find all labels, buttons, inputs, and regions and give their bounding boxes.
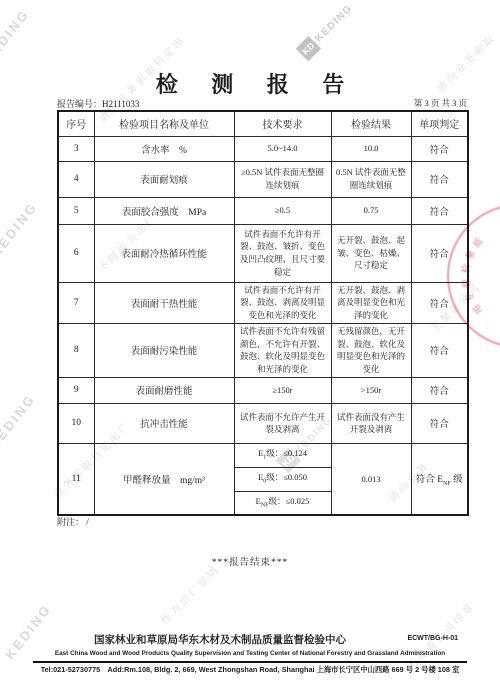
row-judgment: 符合 ENF 级 [411,443,468,515]
row-result: 0.75 [331,197,411,224]
limit-enf: ENF级：≤0.025 [234,491,331,515]
table-row: 7 表面耐干热性能 试件表面不允许有开裂、鼓泡、剥离及明显变色和光泽的变化 无开… [58,282,468,323]
row-result: >150r [331,377,411,403]
row-requirement: 试件表面不允许有开裂、鼓泡、皱折、变色及凹凸纹理、且尺寸要稳定 [234,224,331,282]
row-result: 0.013 [331,443,411,515]
col-header-item: 检验项目名称及单位 [94,111,234,136]
row-item: 甲醛释放量 mg/m³ [94,443,234,515]
watermark-keding: KEDING [0,199,40,260]
table-row: 8 表面耐污染性能 试件表面不允许有残留颜色，不允许有开裂、鼓泡、软化及明显变色… [58,323,468,377]
row-no: 6 [58,224,94,282]
row-no: 10 [58,403,94,443]
row-item: 含水率 % [94,136,234,161]
col-header-judgment: 单项判定 [411,111,468,136]
table-header-row: 序号 检验项目名称及单位 技术要求 检验结果 单项判定 [58,111,468,136]
row-judgment: 符合 [411,377,468,403]
row-result: 无残留颜色，无开裂、鼓泡、软化及明显变色和光泽的变化 [331,323,411,377]
row-result: 10.0 [331,136,411,161]
table-row-formaldehyde: 11 甲醛释放量 mg/m³ E1级：≤0.124 0.013 符合 ENF 级 [58,443,468,467]
row-no: 7 [58,282,94,323]
report-end-marker: ***报告结束*** [0,554,500,568]
row-item: 表面耐磨性能 [94,377,234,403]
row-judgment: 符合 [411,282,468,323]
watermark-keding: KEDING [0,391,38,452]
organization-name-en: East China Wood and Wood Products Qualit… [0,650,500,657]
report-number: 报告编号：H2111033 [57,97,139,110]
kd-logo-text: KEDING [313,2,355,44]
row-judgment: 符合 [411,403,468,443]
page-title: 检 测 报 告 [0,68,500,99]
report-page: KEDING KEDING KEDING KEDING 请向业务索取科定出 请向… [0,0,500,698]
row-requirement: ≥150r [234,377,331,403]
red-seal-char: 用 [470,302,486,317]
row-no: 3 [58,136,94,161]
watermark-phrase: 作为出厂证明 [157,561,223,627]
row-judgment: 符合 [411,224,468,282]
row-requirement: 试件表面不允许有开裂、鼓泡、剥离及明显变色和光泽的变化 [234,282,331,323]
row-result: 无开裂、鼓泡、剥离及明显变色和光泽的变化 [331,282,411,323]
row-result: 无开裂、鼓泡、起皱、变色、枯燥、尺寸稳定 [331,224,411,282]
footer-divider [33,661,467,663]
row-result: 试件表面没有产生开裂及剥离 [331,403,411,443]
row-no: 11 [58,443,94,515]
watermark-keding: KEDING [0,6,32,67]
table-row: 4 表面耐划痕 ≥0.5N 试件表面无整圈连续划痕 0.5N 试件表面无整圈连续… [58,161,468,197]
row-requirement: 试件表面不允许产生开裂及剥离 [234,403,331,443]
row-item: 表面耐污染性能 [94,323,234,377]
table-row: 6 表面耐冷热循环性能 试件表面不允许有开裂、鼓泡、皱折、变色及凹凸纹理、且尺寸… [58,224,468,282]
row-judgment: 符合 [411,136,468,161]
row-item: 表面胶合强度 MPa [94,197,234,224]
kd-diamond-icon: KD [296,36,321,61]
organization-name-cn: 国家林业和草原局华东木材及木制品质量监督检验中心 [0,632,440,647]
row-no: 8 [58,323,94,377]
row-judgment: 符合 [411,197,468,224]
table-row: 10 抗冲击性能 试件表面不允许产生开裂及剥离 试件表面没有产生开裂及剥离 符合 [58,403,468,443]
col-header-requirement: 技术要求 [234,111,331,136]
row-requirement: ≥0.5N 试件表面无整圈连续划痕 [234,161,331,197]
row-item: 表面耐冷热循环性能 [94,224,234,282]
table-row: 9 表面耐磨性能 ≥150r >150r 符合 [58,377,468,403]
red-seal-char: 质 [470,235,486,250]
note: 附注： / [57,515,89,528]
col-header-result: 检验结果 [331,111,411,136]
row-no: 4 [58,161,94,197]
row-item: 抗冲击性能 [94,403,234,443]
limit-e0: E0级：≤0.050 [234,467,331,491]
table-row: 3 含水率 % 5.0~14.0 10.0 符合 [58,136,468,161]
document-code: ECWT/BG-H-01 [407,635,458,642]
row-item: 表面耐干热性能 [94,282,234,323]
row-item: 表面耐划痕 [94,161,234,197]
row-requirement: 试件表面不允许有残留颜色，不允许有开裂、鼓泡、软化及明显变色和光泽的变化 [234,323,331,377]
table-row: 5 表面胶合强度 MPa ≥0.5 0.75 符合 [58,197,468,224]
test-results-table: 序号 检验项目名称及单位 技术要求 检验结果 单项判定 3 含水率 % 5.0~… [57,110,469,516]
row-requirement: 5.0~14.0 [234,136,331,161]
row-requirement: ≥0.5 [234,197,331,224]
row-no: 5 [58,197,94,224]
row-judgment: 符合 [411,161,468,197]
col-header-no: 序号 [58,111,94,136]
page-number: 第 3 页 共 3 页 [414,97,467,109]
row-no: 9 [58,377,94,403]
keding-logo-watermark: KD KEDING [296,0,357,61]
row-result: 0.5N 试件表面无整圈连续划痕 [331,161,411,197]
contact-info: Tel:021-52730775 Add:Rm.108, Bldg. 2, 66… [0,665,500,675]
row-judgment: 符合 [411,323,468,377]
limit-e1: E1级：≤0.124 [234,443,331,467]
